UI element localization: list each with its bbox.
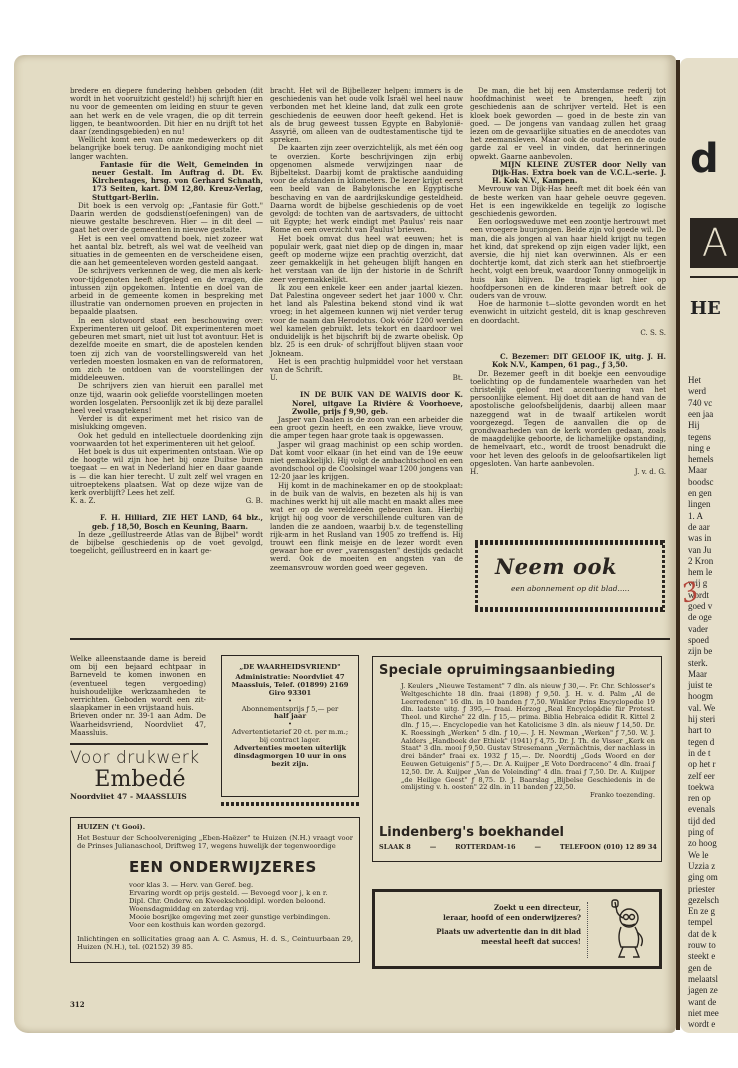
- facing-text-line: de aar: [688, 523, 710, 533]
- facing-text-line: zelf eer: [688, 772, 715, 782]
- facing-text-line: een jaa: [688, 410, 713, 420]
- facing-text-line: We le: [688, 851, 709, 861]
- facing-text-line: tempel: [688, 918, 713, 928]
- placement-line4: meestal heeft dat succes!: [385, 937, 581, 947]
- facing-text-line: toekwa: [688, 783, 714, 793]
- facing-rule: [690, 276, 738, 278]
- facing-text-line: 740 vc: [688, 399, 712, 409]
- printer-line1: Voor drukwerk: [70, 748, 210, 768]
- facing-text-line: Uzzia z: [688, 862, 715, 872]
- ad-reply: Brieven onder nr. 39-1 aan Adm. De Waarh…: [70, 712, 206, 737]
- ad-text: Welke alleenstaande dame is bereid om bi…: [70, 655, 206, 712]
- separator: —: [430, 843, 437, 851]
- promo-title: Neem ook: [495, 554, 617, 579]
- bookshop-address-line: SLAAK 8 — ROTTERDAM-16 — TELEFOON (010) …: [379, 843, 657, 851]
- placement-line3: Plaats uw advertentie dan in dit blad: [385, 927, 581, 937]
- facing-text-line: dat de k: [688, 930, 717, 940]
- facing-text-line: Het: [688, 376, 701, 386]
- paragraph: Het is een veel omvattend boek, niet zoz…: [70, 235, 263, 268]
- dotted-divider: [587, 902, 588, 958]
- wavy-border-left: [475, 540, 478, 612]
- paragraph: Wellicht komt een van onze medewerkers o…: [70, 136, 263, 161]
- column-1: bredere en diepere fundering hebben gebo…: [70, 87, 263, 555]
- paragraph: Het boek omvat dus heel wat eeuwen; het …: [270, 235, 463, 284]
- facing-text-line: werd: [688, 387, 706, 397]
- column-3: De man, die het bij een Amsterdamse rede…: [470, 87, 666, 476]
- paragraph: bracht. Het wil de Bijbellezer helpen: i…: [270, 87, 463, 144]
- vacancy-contact: Inlichtingen en sollicitaties graag aan …: [77, 936, 353, 952]
- paragraph: Verder is dit experiment met het risico …: [70, 415, 263, 431]
- facing-text-line: ren op: [688, 794, 711, 804]
- paragraph: Het boek is dus uit experimenten ontstaa…: [70, 448, 263, 497]
- bookshop-headline: Speciale opruimingsaanbieding: [379, 663, 615, 678]
- facing-text-line: priester: [688, 885, 715, 895]
- paragraph: Hoe de harmonie t—slotte gevonden wordt …: [470, 300, 666, 325]
- signature: Bt.: [453, 374, 463, 382]
- facing-text-line: tegens: [688, 433, 711, 443]
- ad-divider: [70, 743, 208, 745]
- placement-ad: Zoekt u een directeur, leraar, hoofd of …: [372, 889, 662, 969]
- paragraph: Jasper wil graag machinist op een schip …: [270, 441, 463, 482]
- facing-text-line: wordt e: [688, 1020, 715, 1030]
- facing-text-line: 2 Kron: [688, 557, 713, 567]
- facing-text-line: sterk.: [688, 659, 708, 669]
- vacancy-detail: Voor een kosthuis kan worden gezorgd.: [129, 922, 353, 930]
- facing-text-line: hemels: [688, 455, 714, 465]
- review-heading: MIJN KLEINE ZUSTER door Nelly van Dijk-H…: [470, 161, 666, 186]
- review-heading: Fantasie für die Welt, Gemeinden in neue…: [70, 161, 263, 202]
- masthead-admin: Administratie: Noordvliet 47 Maassluis, …: [228, 674, 352, 698]
- facing-text-line: ping of: [688, 828, 714, 838]
- section-divider: [70, 638, 670, 640]
- signature: C. S. S.: [640, 329, 666, 337]
- review-signature: K. a. Z. G. B.: [70, 497, 263, 505]
- facing-text-line: tegen d: [688, 738, 714, 748]
- facing-text-line: in de t: [688, 749, 711, 759]
- vacancy-headline: EEN ONDERWIJZERES: [129, 858, 317, 876]
- facing-text-line: ning e: [688, 444, 710, 454]
- facing-text-line: Hij: [688, 421, 700, 431]
- facing-text-line: van Ju: [688, 546, 711, 556]
- review-signature: H. J. v. d. G.: [470, 468, 666, 476]
- paragraph: Mevrouw van Dijk-Has heeft met dit boek …: [470, 185, 666, 218]
- wavy-border-top: [475, 540, 665, 545]
- facing-text-line: hoogm: [688, 692, 713, 702]
- facing-text-line: ging om: [688, 873, 718, 883]
- printer-address: Noordvliet 47 - MAASSLUIS: [70, 792, 210, 801]
- bookshop-street: SLAAK 8: [379, 843, 411, 851]
- facing-text-line: lingen: [688, 500, 711, 510]
- paragraph: Hij komt in de machinekamer en op de sto…: [270, 482, 463, 572]
- facing-text-line: was in: [688, 534, 711, 544]
- facing-text-line: en gen: [688, 489, 712, 499]
- signature: J. v. d. G.: [635, 468, 666, 476]
- masthead-box: „DE WAARHEIDSVRIEND" Administratie: Noor…: [221, 655, 359, 797]
- facing-text-line: steekt e: [688, 952, 715, 962]
- placement-line1: Zoekt u een directeur,: [385, 903, 581, 913]
- bookshop-name: Lindenberg's boekhandel: [379, 825, 564, 840]
- ad-deadline: Advertenties moeten uiterlijk dinsdagmor…: [228, 745, 352, 769]
- review-heading: IN DE BUIK VAN DE WALVIS door K. Norel, …: [270, 391, 463, 416]
- source: H.: [470, 468, 478, 476]
- bookshop-offer-list: J. Keulers „Nieuwe Testament" 7 dln. als…: [401, 683, 655, 792]
- column-2: bracht. Het wil de Bijbellezer helpen: i…: [270, 87, 463, 572]
- facing-text-line: hij steri: [688, 715, 715, 725]
- placement-line2: leraar, hoofd of een onderwijzeres?: [385, 913, 581, 923]
- facing-banner-letter: A: [702, 221, 728, 265]
- wavy-border-bottom: [475, 607, 665, 612]
- paragraph: De schrijvers verkennen de weg, die men …: [70, 267, 263, 316]
- review-signature: C. S. S.: [470, 329, 666, 337]
- facing-text-line: rouw to: [688, 941, 716, 951]
- subscription-promo: Neem ook een abonnement op dit blad.....: [475, 540, 665, 612]
- facing-text-line: spoed: [688, 636, 709, 646]
- separator: —: [534, 843, 541, 851]
- facing-text-line: Maar: [688, 466, 707, 476]
- review-heading: C. Bezemer: DIT GELOOF IK, uitg. J. H. K…: [470, 353, 666, 369]
- facing-text-line: boodsc: [688, 478, 714, 488]
- paragraph: De schrijvers zien van hieruit een paral…: [70, 382, 263, 415]
- wavy-divider: [221, 802, 361, 806]
- facing-text-line: juist te: [688, 681, 712, 691]
- housekeeper-ad: Welke alleenstaande dame is bereid om bi…: [70, 655, 206, 737]
- review-heading: F. H. Hilliard, ZIE HET LAND, 64 blz., g…: [70, 514, 263, 530]
- facing-text-line: de oge: [688, 613, 712, 623]
- facing-text-line: zo hoog: [688, 839, 717, 849]
- teacher-vacancy-ad: HUIZEN ('t Gooi). Het Bestuur der School…: [70, 817, 360, 963]
- wavy-border-right: [662, 540, 665, 612]
- paragraph: bredere en diepere fundering hebben gebo…: [70, 87, 263, 136]
- facing-heading-fragment: HE: [690, 298, 721, 319]
- page-number: 312: [70, 1000, 85, 1009]
- paragraph: In deze „geïllustreerde Atlas van de Bij…: [70, 531, 263, 556]
- vacancy-intro: Het Bestuur der Schoolvereniging „Eben-H…: [77, 835, 353, 851]
- paragraph: De kaarten zijn zeer overzichtelijk, als…: [270, 144, 463, 234]
- printer-name: Embedé: [70, 768, 210, 792]
- facing-text-line: 1. A: [688, 512, 703, 522]
- source: U.: [270, 374, 278, 382]
- facing-title-fragment: d: [690, 136, 719, 182]
- facing-text-line: jagen ze: [688, 986, 718, 996]
- facing-text-line: zijn be: [688, 647, 712, 657]
- facing-text-line: melaatsl: [688, 975, 718, 985]
- facing-page: d A HE Hetwerd740 vceen jaaHijtegensning…: [680, 58, 738, 1033]
- facing-text-line: val. We: [688, 704, 715, 714]
- vacancy-location: HUIZEN ('t Gooi).: [77, 824, 353, 832]
- paragraph: In een slotwoord staat een beschouwing o…: [70, 317, 263, 383]
- signature: G. B.: [246, 497, 263, 505]
- facing-text-line: gezelsch: [688, 896, 719, 906]
- source: K. a. Z.: [70, 497, 96, 505]
- review-signature: U. Bt.: [270, 374, 463, 382]
- facing-text-line: vader: [688, 625, 708, 635]
- facing-text-line: op het r: [688, 760, 716, 770]
- bookshop-city: ROTTERDAM-16: [455, 843, 515, 851]
- facing-text-line: evenals: [688, 805, 715, 815]
- facing-text-line: gen de: [688, 964, 712, 974]
- bookshop-phone: TELEFOON (010) 12 89 34: [560, 843, 657, 851]
- paragraph: Het is een prachtig hulpmiddel voor het …: [270, 358, 463, 374]
- facing-text-line: tijd ded: [688, 817, 715, 827]
- paragraph: Ook het geduld en intellectuele doordenk…: [70, 432, 263, 448]
- paragraph: Jasper van Daalen is de zoon van een arb…: [270, 416, 463, 441]
- facing-text-line: hart to: [688, 726, 711, 736]
- facing-text-line: want de: [688, 998, 716, 1008]
- facing-text-line: En ze g: [688, 907, 715, 917]
- bookshop-ad: Speciale opruimingsaanbieding J. Keulers…: [372, 656, 662, 862]
- promo-subtitle: een abonnement op dit blad.....: [511, 584, 629, 593]
- cartoon-man-pointing-icon: [603, 898, 651, 962]
- paragraph: Een oorlogsweduwe met een zoontje hertro…: [470, 218, 666, 300]
- paragraph: Ik zou een enkele keer een ander jaartal…: [270, 284, 463, 358]
- facing-text-line: Maar: [688, 670, 707, 680]
- paragraph: Dr. Bezemer geeft in dit boekje een eenv…: [470, 370, 666, 468]
- paragraph: De man, die het bij een Amsterdamse rede…: [470, 87, 666, 161]
- shipping-note: Franko toezending.: [401, 792, 655, 800]
- paragraph: Dit boek is een vervolg op: „Fantasie fü…: [70, 202, 263, 235]
- facing-text-line: niet mee: [688, 1009, 719, 1019]
- ad-rate: Advertentietarief 20 ct. per m.m.; bij c…: [228, 729, 352, 745]
- masthead-title: „DE WAARHEIDSVRIEND": [228, 664, 352, 672]
- facing-banner: A: [690, 218, 738, 268]
- printer-ad: Voor drukwerk Embedé Noordvliet 47 - MAA…: [70, 748, 210, 801]
